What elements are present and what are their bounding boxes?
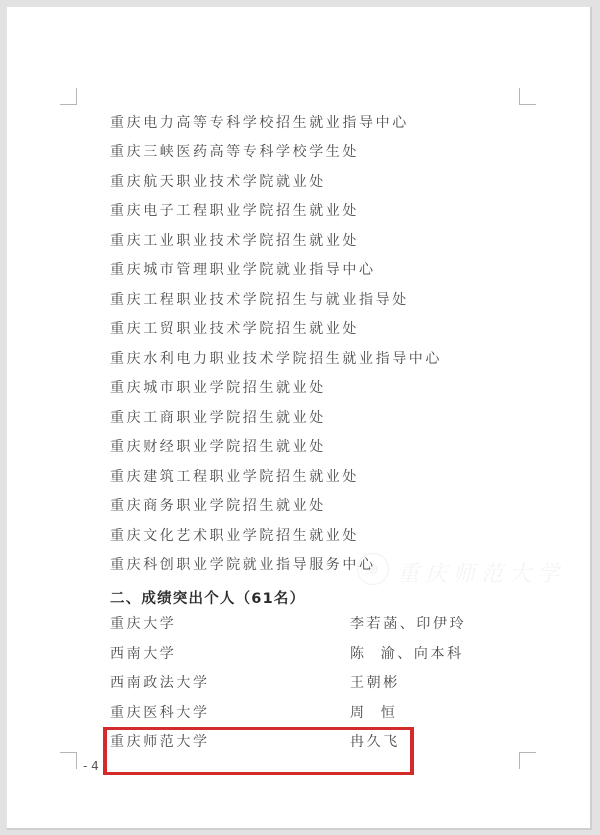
watermark-text: 重庆师范大学: [397, 557, 565, 588]
section-heading: 二、成绩突出个人（61名）: [110, 589, 305, 609]
document-page: ◎ 重庆师范大学 重庆电力高等专科学校招生就业指导中心 重庆三峡医药高等专科学校…: [7, 7, 592, 830]
unit-list-item: 重庆城市管理职业学院就业指导中心: [110, 261, 376, 279]
unit-list-item: 重庆三峡医药高等专科学校学生处: [110, 143, 359, 161]
unit-list-item: 重庆航天职业技术学院就业处: [110, 173, 326, 191]
individual-row: 西南大学 陈 渝、向本科: [110, 645, 470, 663]
unit-list-item: 重庆工程职业技术学院招生与就业指导处: [110, 291, 409, 309]
individual-row: 重庆医科大学 周 恒: [110, 704, 470, 722]
unit-list-item: 重庆商务职业学院招生就业处: [110, 497, 326, 515]
unit-list-item: 重庆城市职业学院招生就业处: [110, 379, 326, 397]
unit-list-item: 重庆财经职业学院招生就业处: [110, 438, 326, 456]
person-names: 周 恒: [350, 704, 397, 722]
unit-list-item: 重庆工商职业学院招生就业处: [110, 409, 326, 427]
unit-name: 重庆大学: [110, 615, 176, 633]
unit-name: 西南大学: [110, 645, 176, 663]
unit-list-item: 重庆电子工程职业学院招生就业处: [110, 202, 359, 220]
unit-name: 重庆医科大学: [110, 704, 210, 722]
unit-name: 西南政法大学: [110, 674, 210, 692]
unit-list-item: 重庆科创职业学院就业指导服务中心: [110, 556, 376, 574]
margin-corner-bottom-right: [519, 752, 536, 769]
individual-row: 重庆大学 李若菡、印伊玲: [110, 615, 470, 633]
viewer-background: ◎ 重庆师范大学 重庆电力高等专科学校招生就业指导中心 重庆三峡医药高等专科学校…: [0, 0, 600, 835]
watermark: ◎ 重庆师范大学: [357, 553, 597, 613]
unit-list-item: 重庆工业职业技术学院招生就业处: [110, 232, 359, 250]
person-names: 陈 渝、向本科: [350, 645, 464, 663]
person-names: 李若菡、印伊玲: [350, 615, 466, 633]
unit-list-item: 重庆水利电力职业技术学院招生就业指导中心: [110, 350, 442, 368]
unit-list-item: 重庆建筑工程职业学院招生就业处: [110, 468, 359, 486]
margin-corner-top-right: [519, 88, 536, 105]
person-names: 王朝彬: [350, 674, 400, 692]
individual-row: 西南政法大学 王朝彬: [110, 674, 470, 692]
unit-list-item: 重庆电力高等专科学校招生就业指导中心: [110, 114, 409, 132]
margin-corner-top-left: [60, 88, 77, 105]
highlight-annotation-box: [103, 727, 414, 775]
unit-list-item: 重庆工贸职业技术学院招生就业处: [110, 320, 359, 338]
margin-corner-bottom-left: [60, 752, 77, 769]
unit-list-item: 重庆文化艺术职业学院招生就业处: [110, 527, 359, 545]
